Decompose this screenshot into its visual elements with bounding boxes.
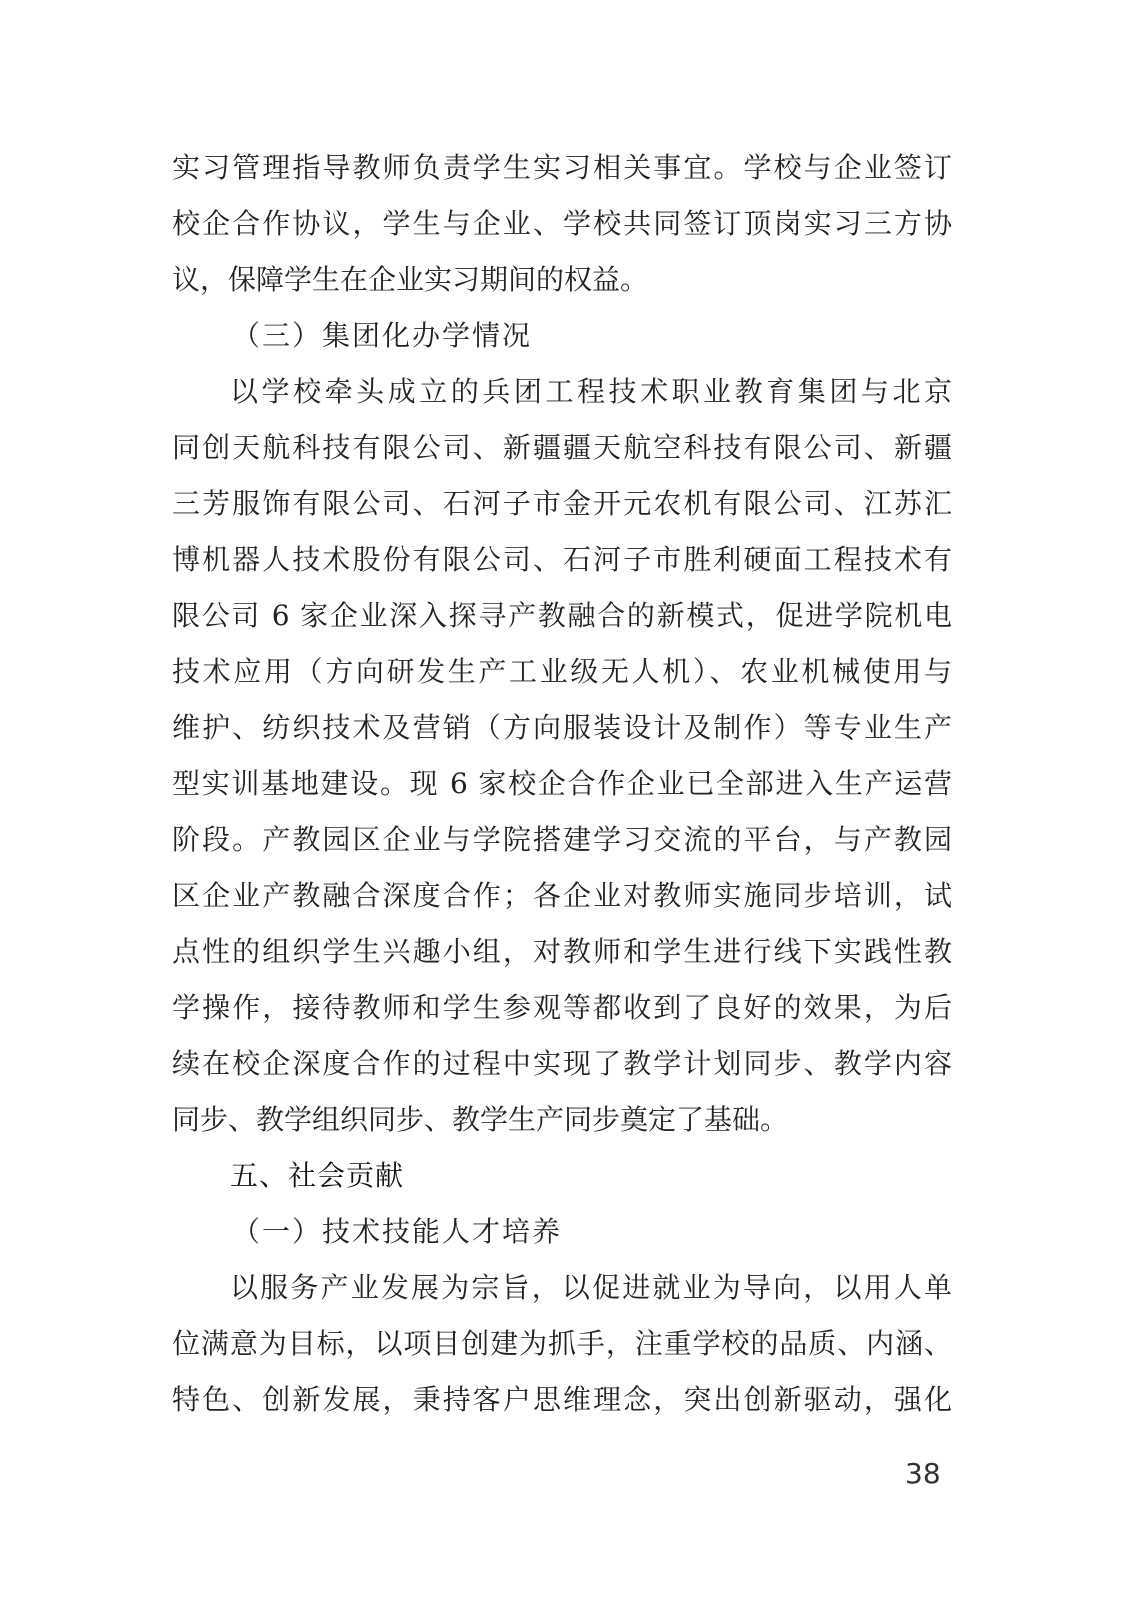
body-text-line: 议，保障学生在企业实习期间的权益。 (172, 262, 952, 298)
body-text-line: 学操作，接待教师和学生参观等都收到了良好的效果，为后 (172, 990, 952, 1026)
body-text-line: 同步、教学组织同步、教学生产同步奠定了基础。 (172, 1102, 952, 1138)
body-text-line: 特色、创新发展，秉持客户思维理念，突出创新驱动，强化 (172, 1382, 952, 1418)
body-text-line: 型实训基地建设。现 6 家校企合作企业已全部进入生产运营 (172, 766, 952, 802)
body-text-line: 维护、纺织技术及营销（方向服装设计及制作）等专业生产 (172, 710, 952, 746)
body-text-line: 以服务产业发展为宗旨，以促进就业为导向，以用人单 (230, 1270, 952, 1306)
body-text-line: 校企合作协议，学生与企业、学校共同签订顶岗实习三方协 (172, 206, 952, 242)
body-text-line: 续在校企深度合作的过程中实现了教学计划同步、教学内容 (172, 1046, 952, 1082)
body-text-line: 点性的组织学生兴趣小组，对教师和学生进行线下实践性教 (172, 934, 952, 970)
body-text-line: 以学校牵头成立的兵团工程技术职业教育集团与北京 (230, 374, 952, 410)
body-text-line: 三芳服饰有限公司、石河子市金开元农机有限公司、江苏汇 (172, 486, 952, 522)
body-text-line: 阶段。产教园区企业与学院搭建学习交流的平台，与产教园 (172, 822, 952, 858)
document-page: 实习管理指导教师负责学生实习相关事宜。学校与企业签订 校企合作协议，学生与企业、… (0, 0, 1131, 1600)
body-text-line: 技术应用（方向研发生产工业级无人机）、农业机械使用与 (172, 654, 952, 690)
section-heading: （一）技术技能人才培养 (232, 1214, 562, 1250)
body-text-line: 博机器人技术股份有限公司、石河子市胜利硬面工程技术有 (172, 542, 952, 578)
body-text-line: 实习管理指导教师负责学生实习相关事宜。学校与企业签订 (172, 150, 952, 186)
section-heading: （三）集团化办学情况 (232, 318, 532, 354)
body-text-line: 同创天航科技有限公司、新疆疆天航空科技有限公司、新疆 (172, 430, 952, 466)
body-text-line: 区企业产教融合深度合作；各企业对教师实施同步培训，试 (172, 878, 952, 914)
chapter-heading: 五、社会贡献 (230, 1158, 404, 1194)
body-text-line: 限公司 6 家企业深入探寻产教融合的新模式，促进学院机电 (172, 598, 952, 634)
body-text-line: 位满意为目标，以项目创建为抓手，注重学校的品质、内涵、 (172, 1326, 952, 1362)
page-number: 38 (905, 1456, 941, 1492)
